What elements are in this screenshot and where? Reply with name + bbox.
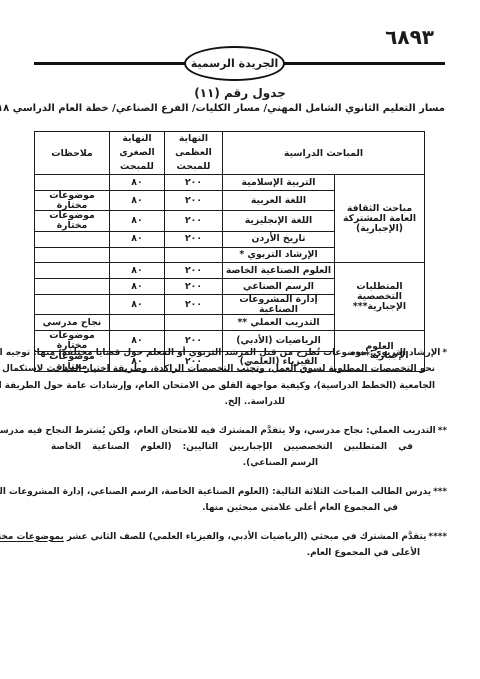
min-score-cell: ٨٠ xyxy=(109,175,164,191)
gazette-page: ٦٨٩٣ الجريدة الرسمية جدول رقم (١١) مسار … xyxy=(0,0,480,679)
min-score-cell: ٨٠ xyxy=(109,211,164,232)
footnote-underlined-text: بموضوعات مختارة xyxy=(0,532,64,542)
notes-cell xyxy=(34,231,109,247)
footnote-practical-training: **التدريب العملي: نجاح مدرسي، ولا يتقدَّ… xyxy=(33,423,447,472)
subject-cell: اللغة العربية xyxy=(222,190,334,211)
masthead-oval: الجريدة الرسمية xyxy=(184,46,285,81)
plan-subtitle: مسار التعليم الثانوي الشامل المهني/ مسار… xyxy=(35,103,445,114)
max-score-cell: ٢٠٠ xyxy=(164,263,222,279)
footnote-line: *الإرشاد التربوي: موضوعات تُطرح من قبل ا… xyxy=(33,345,435,361)
footnote-line: نحو التخصصات المطلوبة لسوق العمل، وتجنُّ… xyxy=(33,361,435,377)
footnote-selected-topics: ****يتقدَّم المشترك في مبحثي (الرياضيات … xyxy=(33,529,447,562)
min-score-cell xyxy=(109,315,164,331)
table-row: المتطلبات التخصصية الإجبارية*** العلوم ا… xyxy=(34,263,424,279)
footnote-marker: **** xyxy=(428,532,447,542)
max-score-cell: ٢٠٠ xyxy=(164,175,222,191)
table-header-row: المباحث الدراسية النهاية العظمى للمبحث ا… xyxy=(34,132,424,175)
footnote-line: في المتطلبين التخصصيين الإجباريين التالي… xyxy=(51,439,413,455)
notes-cell xyxy=(34,279,109,295)
table-caption: جدول رقم (١١) xyxy=(0,86,480,100)
min-score-cell: ٨٠ xyxy=(109,190,164,211)
subject-cell: الإرشاد التربوي * xyxy=(222,247,334,263)
table-row: مباحث الثقافة العامة المشتركة (الإجبارية… xyxy=(34,175,424,191)
notes-cell: نجاح مدرسي xyxy=(34,315,109,331)
footnote-line: الأعلى في المجموع العام. xyxy=(33,545,420,561)
notes-cell xyxy=(34,175,109,191)
max-score-cell: ٢٠٠ xyxy=(164,190,222,211)
min-score-header-line1: النهاية الصغرى xyxy=(112,132,162,160)
masthead: الجريدة الرسمية xyxy=(0,46,480,82)
max-score-cell: ٢٠٠ xyxy=(164,211,222,232)
footnotes-section: *الإرشاد التربوي: موضوعات تُطرح من قبل ا… xyxy=(33,345,447,573)
study-plan-table: المباحث الدراسية النهاية العظمى للمبحث ا… xyxy=(34,131,425,372)
max-score-cell: ٢٠٠ xyxy=(164,294,222,315)
min-score-cell: ٨٠ xyxy=(109,231,164,247)
footnote-line: **التدريب العملي: نجاح مدرسي، ولا يتقدَّ… xyxy=(33,423,435,439)
notes-cell xyxy=(34,263,109,279)
min-score-cell: ٨٠ xyxy=(109,263,164,279)
notes-cell xyxy=(34,247,109,263)
min-score-cell: ٨٠ xyxy=(109,294,164,315)
subject-cell: إدارة المشروعات الصناعية xyxy=(222,294,334,315)
footnote-line: الرسم الصناعي). xyxy=(33,455,318,471)
footnote-line: الجامعية (الخطط الدراسية)، وكيفية مواجهة… xyxy=(33,378,435,394)
min-score-header: النهاية الصغرى للمبحث xyxy=(109,132,164,175)
subject-cell: التربية الإسلامية xyxy=(222,175,334,191)
subject-cell: التدريب العملي ** xyxy=(222,315,334,331)
footnote-text: يدرس الطالب المباحث الثلاثة التالية: (ال… xyxy=(0,487,431,497)
footnote-line: ***يدرس الطالب المباحث الثلاثة التالية: … xyxy=(33,484,435,500)
footnote-line: للدراسة.. إلخ. xyxy=(33,394,285,410)
min-score-cell xyxy=(109,247,164,263)
max-score-cell: ٢٠٠ xyxy=(164,231,222,247)
subject-cell: اللغة الإنجليزية xyxy=(222,211,334,232)
notes-header: ملاحظات xyxy=(34,132,109,175)
subject-cell: الرسم الصناعي xyxy=(222,279,334,295)
footnote-line: ****يتقدَّم المشترك في مبحثي (الرياضيات … xyxy=(33,529,435,545)
min-score-cell: ٨٠ xyxy=(109,279,164,295)
category-cell: مباحث الثقافة العامة المشتركة (الإجبارية… xyxy=(335,175,425,263)
footnote-text: التدريب العملي: نجاح مدرسي، ولا يتقدَّم … xyxy=(0,426,436,436)
footnote-text: الإرشاد التربوي: موضوعات تُطرح من قبل ال… xyxy=(0,348,440,358)
footnote-marker: ** xyxy=(438,426,447,436)
max-score-cell: ٢٠٠ xyxy=(164,279,222,295)
footnote-text: يتقدَّم المشترك في مبحثي (الرياضيات الأد… xyxy=(64,532,427,542)
max-score-header-line2: للمبحث xyxy=(167,160,220,174)
gazette-title: الجريدة الرسمية xyxy=(191,57,279,70)
footnote-three-subjects: ***يدرس الطالب المباحث الثلاثة التالية: … xyxy=(33,484,447,517)
footnote-marker: *** xyxy=(433,487,447,497)
min-score-header-line2: للمبحث xyxy=(112,160,162,174)
notes-cell: موضوعات مختارة xyxy=(34,190,109,211)
max-score-cell xyxy=(164,315,222,331)
notes-cell: موضوعات مختارة xyxy=(34,211,109,232)
notes-cell xyxy=(34,294,109,315)
max-score-header-line1: النهاية العظمى xyxy=(167,132,220,160)
subjects-header: المباحث الدراسية xyxy=(222,132,424,175)
footnote-line: في المجموع العام أعلى علامتي مبحثين منها… xyxy=(33,500,398,516)
footnote-marker: * xyxy=(442,348,447,358)
max-score-header: النهاية العظمى للمبحث xyxy=(164,132,222,175)
subject-cell: العلوم الصناعية الخاصة xyxy=(222,263,334,279)
category-cell: المتطلبات التخصصية الإجبارية*** xyxy=(335,263,425,331)
subject-cell: تاريخ الأردن xyxy=(222,231,334,247)
max-score-cell xyxy=(164,247,222,263)
footnote-guidance: *الإرشاد التربوي: موضوعات تُطرح من قبل ا… xyxy=(33,345,447,411)
